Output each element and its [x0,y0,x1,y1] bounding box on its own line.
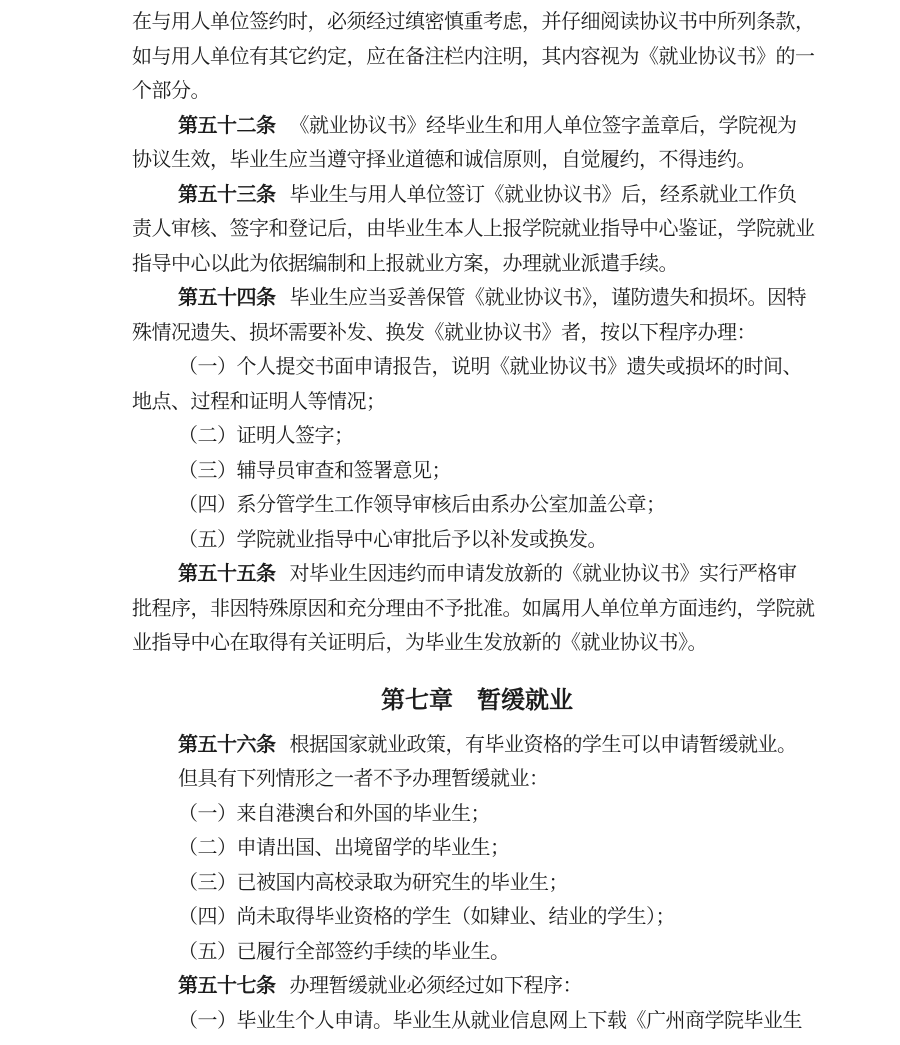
document-page: 在与用人单位签约时，必须经过缜密慎重考虑，并仔细阅读协议书中所列条款，如与用人单… [0,0,900,1045]
text-line: 责人审核、签字和登记后，由毕业生本人上报学院就业指导中心鉴证，学院就业 [132,212,822,247]
line-text: 在与用人单位签约时，必须经过缜密慎重考虑，并仔细阅读协议书中所列条款， [132,11,815,33]
line-text: （一）来自港澳台和外国的毕业生； [178,803,490,825]
line-text: 殊情况遗失、损坏需要补发、换发《就业协议书》者，按以下程序办理： [132,322,756,344]
line-text: （五）学院就业指导中心审批后予以补发或换发。 [178,529,607,551]
text-line: （一）毕业生个人申请。毕业生从就业信息网上下载《广州商学院毕业生 [132,1004,822,1039]
line-text: （四）系分管学生工作领导审核后由系办公室加盖公章； [178,494,666,516]
text-line: （五）已履行全部签约手续的毕业生。 [132,935,822,970]
text-line: 在与用人单位签约时，必须经过缜密慎重考虑，并仔细阅读协议书中所列条款， [132,5,822,40]
article-number: 第五十三条 [178,184,276,206]
line-text: （二）证明人签字； [178,425,354,447]
article-line: 第五十三条毕业生与用人单位签订《就业协议书》后，经系就业工作负 [132,178,822,213]
text-line: 协议生效，毕业生应当遵守择业道德和诚信原则，自觉履约，不得违约。 [132,143,822,178]
line-text: 办理暂缓就业必须经过如下程序： [290,975,583,997]
article-line: 第五十六条根据国家就业政策，有毕业资格的学生可以申请暂缓就业。 [132,728,822,763]
line-text: （五）已履行全部签约手续的毕业生。 [178,941,510,963]
article-line: 第五十二条《就业协议书》经毕业生和用人单位签字盖章后，学院视为 [132,109,822,144]
text-line: 指导中心以此为依据编制和上报就业方案，办理就业派遣手续。 [132,247,822,282]
text-line: （二）申请出国、出境留学的毕业生； [132,831,822,866]
line-text: （四）尚未取得毕业资格的学生（如肄业、结业的学生）； [178,906,675,928]
line-text: 《就业协议书》经毕业生和用人单位签字盖章后，学院视为 [290,115,797,137]
line-text: 但具有下列情形之一者不予办理暂缓就业： [178,768,549,790]
line-text: （三）已被国内高校录取为研究生的毕业生； [178,872,568,894]
line-text: 地点、过程和证明人等情况； [132,391,386,413]
text-line: （五）学院就业指导中心审批后予以补发或换发。 [132,523,822,558]
article-number: 第五十二条 [178,115,276,137]
text-line: （四）系分管学生工作领导审核后由系办公室加盖公章； [132,488,822,523]
text-line: 殊情况遗失、损坏需要补发、换发《就业协议书》者，按以下程序办理： [132,316,822,351]
text-line: 业指导中心在取得有关证明后，为毕业生发放新的《就业协议书》。 [132,626,822,661]
chapter-heading: 第七章 暂缓就业 [132,683,822,719]
line-text: 对毕业生因违约而申请发放新的《就业协议书》实行严格审 [290,563,797,585]
line-text: 责人审核、签字和登记后，由毕业生本人上报学院就业指导中心鉴证，学院就业 [132,218,815,240]
text-line: （一）个人提交书面申请报告，说明《就业协议书》遗失或损坏的时间、 [132,350,822,385]
line-text: 指导中心以此为依据编制和上报就业方案，办理就业派遣手续。 [132,253,678,275]
line-text: 协议生效，毕业生应当遵守择业道德和诚信原则，自觉履约，不得违约。 [132,149,756,171]
article-number: 第五十五条 [178,563,276,585]
line-text: （一）个人提交书面申请报告，说明《就业协议书》遗失或损坏的时间、 [178,356,802,378]
article-number: 第五十四条 [178,287,276,309]
article-line: 第五十五条对毕业生因违约而申请发放新的《就业协议书》实行严格审 [132,557,822,592]
text-line: （二）证明人签字； [132,419,822,454]
text-line: 但具有下列情形之一者不予办理暂缓就业： [132,762,822,797]
text-line: （一）来自港澳台和外国的毕业生； [132,797,822,832]
line-text: 业指导中心在取得有关证明后，为毕业生发放新的《就业协议书》。 [132,632,707,654]
text-line: 如与用人单位有其它约定，应在备注栏内注明，其内容视为《就业协议书》的一 [132,40,822,75]
line-text: （三）辅导员审查和签署意见； [178,460,451,482]
article-number: 第五十七条 [178,975,276,997]
document-content: 在与用人单位签约时，必须经过缜密慎重考虑，并仔细阅读协议书中所列条款，如与用人单… [132,5,822,1038]
line-text: （二）申请出国、出境留学的毕业生； [178,837,510,859]
line-text: 毕业生与用人单位签订《就业协议书》后，经系就业工作负 [290,184,797,206]
article-line: 第五十七条办理暂缓就业必须经过如下程序： [132,969,822,1004]
article-line: 第五十四条毕业生应当妥善保管《就业协议书》，谨防遗失和损坏。因特 [132,281,822,316]
line-text: 如与用人单位有其它约定，应在备注栏内注明，其内容视为《就业协议书》的一 [132,46,815,68]
text-line: 地点、过程和证明人等情况； [132,385,822,420]
line-text: 根据国家就业政策，有毕业资格的学生可以申请暂缓就业。 [290,734,797,756]
text-line: （三）辅导员审查和签署意见； [132,454,822,489]
line-text: 毕业生应当妥善保管《就业协议书》，谨防遗失和损坏。因特 [290,287,807,309]
line-text: 批程序，非因特殊原因和充分理由不予批准。如属用人单位单方面违约，学院就 [132,598,815,620]
article-number: 第五十六条 [178,734,276,756]
line-text: 个部分。 [132,80,210,102]
text-line: （三）已被国内高校录取为研究生的毕业生； [132,866,822,901]
line-text: （一）毕业生个人申请。毕业生从就业信息网上下载《广州商学院毕业生 [178,1010,802,1032]
text-line: 批程序，非因特殊原因和充分理由不予批准。如属用人单位单方面违约，学院就 [132,592,822,627]
text-line: （四）尚未取得毕业资格的学生（如肄业、结业的学生）； [132,900,822,935]
text-line: 个部分。 [132,74,822,109]
